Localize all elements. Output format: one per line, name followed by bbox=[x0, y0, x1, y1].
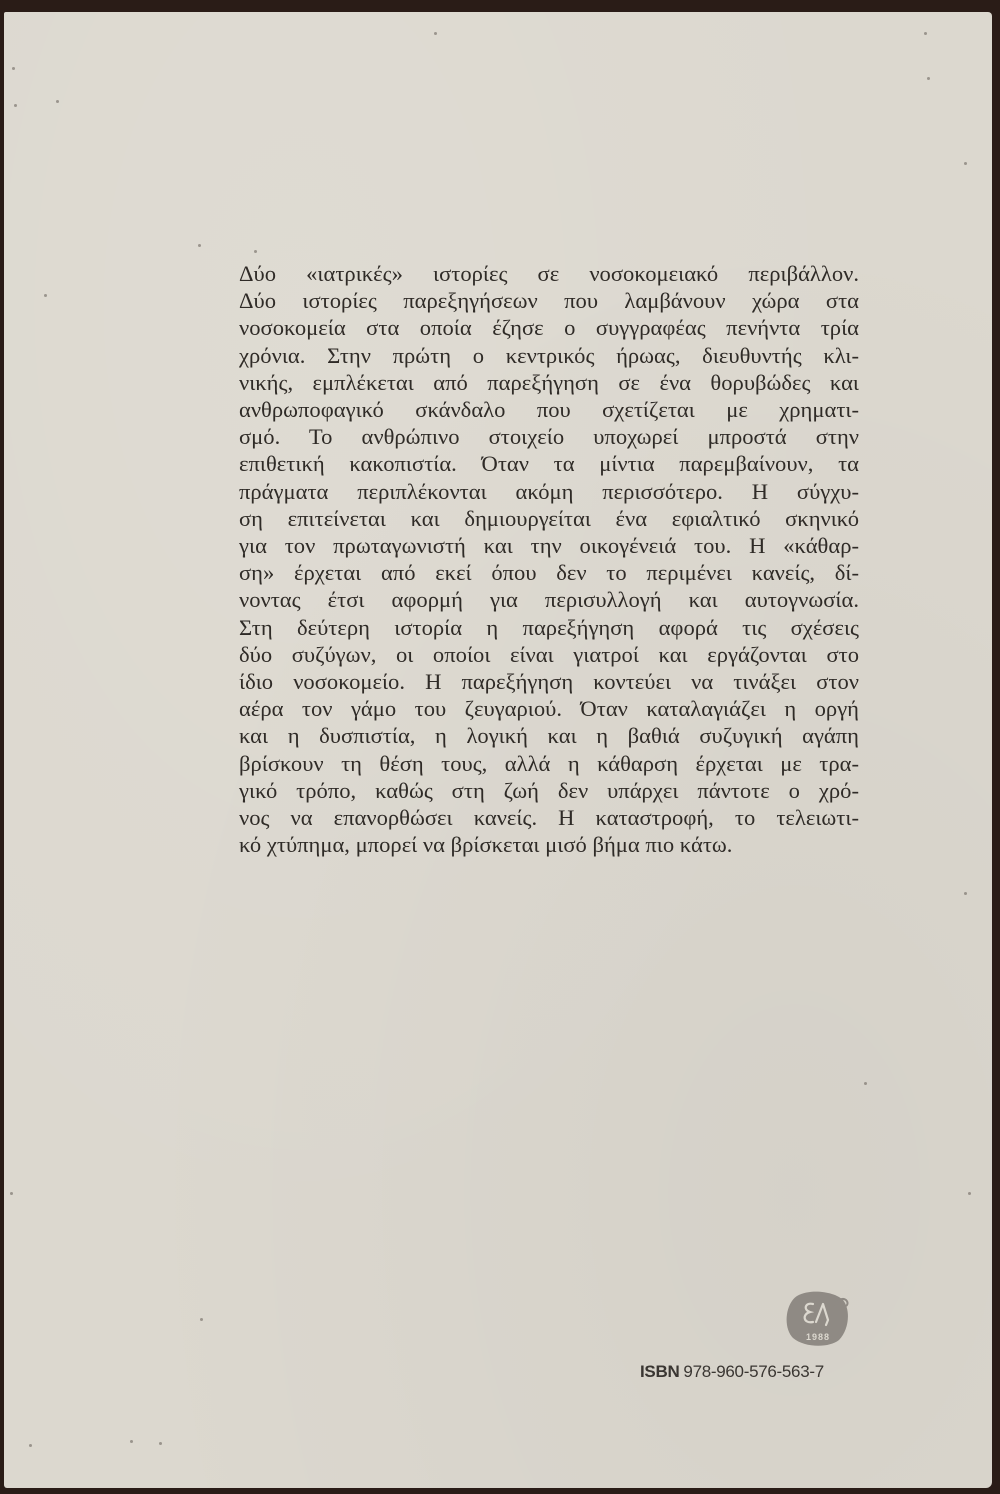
blurb-line: γικό τρόπο, καθώς στη ζωή δεν υπάρχει πά… bbox=[239, 777, 859, 804]
paper-speck bbox=[927, 77, 930, 80]
blurb-line: χρόνια. Στην πρώτη ο κεντρικός ήρωας, δι… bbox=[239, 342, 859, 369]
paper-speck bbox=[200, 1318, 203, 1321]
paper-speck bbox=[56, 100, 59, 103]
blurb-line: πράγματα περιπλέκονται ακόμη περισσότερο… bbox=[239, 478, 859, 505]
blurb-line: νοσοκομεία στα οποία έζησε ο συγγραφέας … bbox=[239, 314, 859, 341]
paper-speck bbox=[964, 162, 967, 165]
blurb-line: σμό. Το ανθρώπινο στοιχείο υποχωρεί μπρο… bbox=[239, 423, 859, 450]
paper-speck bbox=[130, 1440, 133, 1443]
paper-speck bbox=[964, 892, 967, 895]
paper-speck bbox=[14, 104, 17, 107]
blurb-line: Δύο «ιατρικές» ιστορίες σε νοσοκομειακό … bbox=[239, 260, 859, 287]
paper-speck bbox=[198, 244, 201, 247]
blurb-line: δύο συζύγων, οι οποίοι είναι γιατροί και… bbox=[239, 641, 859, 668]
back-cover-blurb: Δύο «ιατρικές» ιστορίες σε νοσοκομειακό … bbox=[239, 260, 859, 858]
blurb-line: βρίσκουν τη θέση τους, αλλά η κάθαρση έρ… bbox=[239, 750, 859, 777]
blurb-line: νος να επανορθώσει κανείς. Η καταστροφή,… bbox=[239, 804, 859, 831]
blurb-line: Στη δεύτερη ιστορία η παρεξήγηση αφορά τ… bbox=[239, 614, 859, 641]
publisher-logo-icon: 1988 bbox=[783, 1290, 853, 1348]
blurb-line: και η δυσπιστία, η λογική και η βαθιά συ… bbox=[239, 722, 859, 749]
paper-speck bbox=[12, 67, 15, 70]
paper-speck bbox=[968, 1192, 971, 1195]
isbn-label: ISBN bbox=[640, 1362, 679, 1381]
isbn: ISBN978-960-576-563-7 bbox=[640, 1362, 824, 1382]
blurb-line: για τον πρωταγωνιστή και την οικογένειά … bbox=[239, 532, 859, 559]
paper-speck bbox=[159, 1442, 162, 1445]
paper-speck bbox=[29, 1444, 32, 1447]
blurb-line: ση» έρχεται από εκεί όπου δεν το περιμέν… bbox=[239, 559, 859, 586]
blurb-line: ίδιο νοσοκομείο. Η παρεξήγηση κοντεύει ν… bbox=[239, 668, 859, 695]
paper-speck bbox=[10, 1192, 13, 1195]
blurb-line: ση επιτείνεται και δημιουργείται ένα εφι… bbox=[239, 505, 859, 532]
paper-speck bbox=[44, 294, 47, 297]
paper-speck bbox=[924, 32, 927, 35]
isbn-number: 978-960-576-563-7 bbox=[683, 1362, 823, 1381]
blurb-line: επιθετική κακοπιστία. Όταν τα μίντια παρ… bbox=[239, 450, 859, 477]
paper-speck bbox=[434, 32, 437, 35]
paper-speck bbox=[864, 1082, 867, 1085]
publisher-logo-year: 1988 bbox=[806, 1332, 830, 1342]
blurb-line: ανθρωποφαγικό σκάνδαλο που σχετίζεται με… bbox=[239, 396, 859, 423]
blurb-line: Δύο ιστορίες παρεξηγήσεων που λαμβάνουν … bbox=[239, 287, 859, 314]
blurb-line: νικής, εμπλέκεται από παρεξήγηση σε ένα … bbox=[239, 369, 859, 396]
blurb-line: αέρα τον γάμο του ζευγαριού. Όταν καταλα… bbox=[239, 695, 859, 722]
blurb-line: νοντας έτσι αφορμή για περισυλλογή και α… bbox=[239, 586, 859, 613]
blurb-line: κό χτύπημα, μπορεί να βρίσκεται μισό βήμ… bbox=[239, 831, 859, 858]
paper-speck bbox=[254, 250, 257, 253]
